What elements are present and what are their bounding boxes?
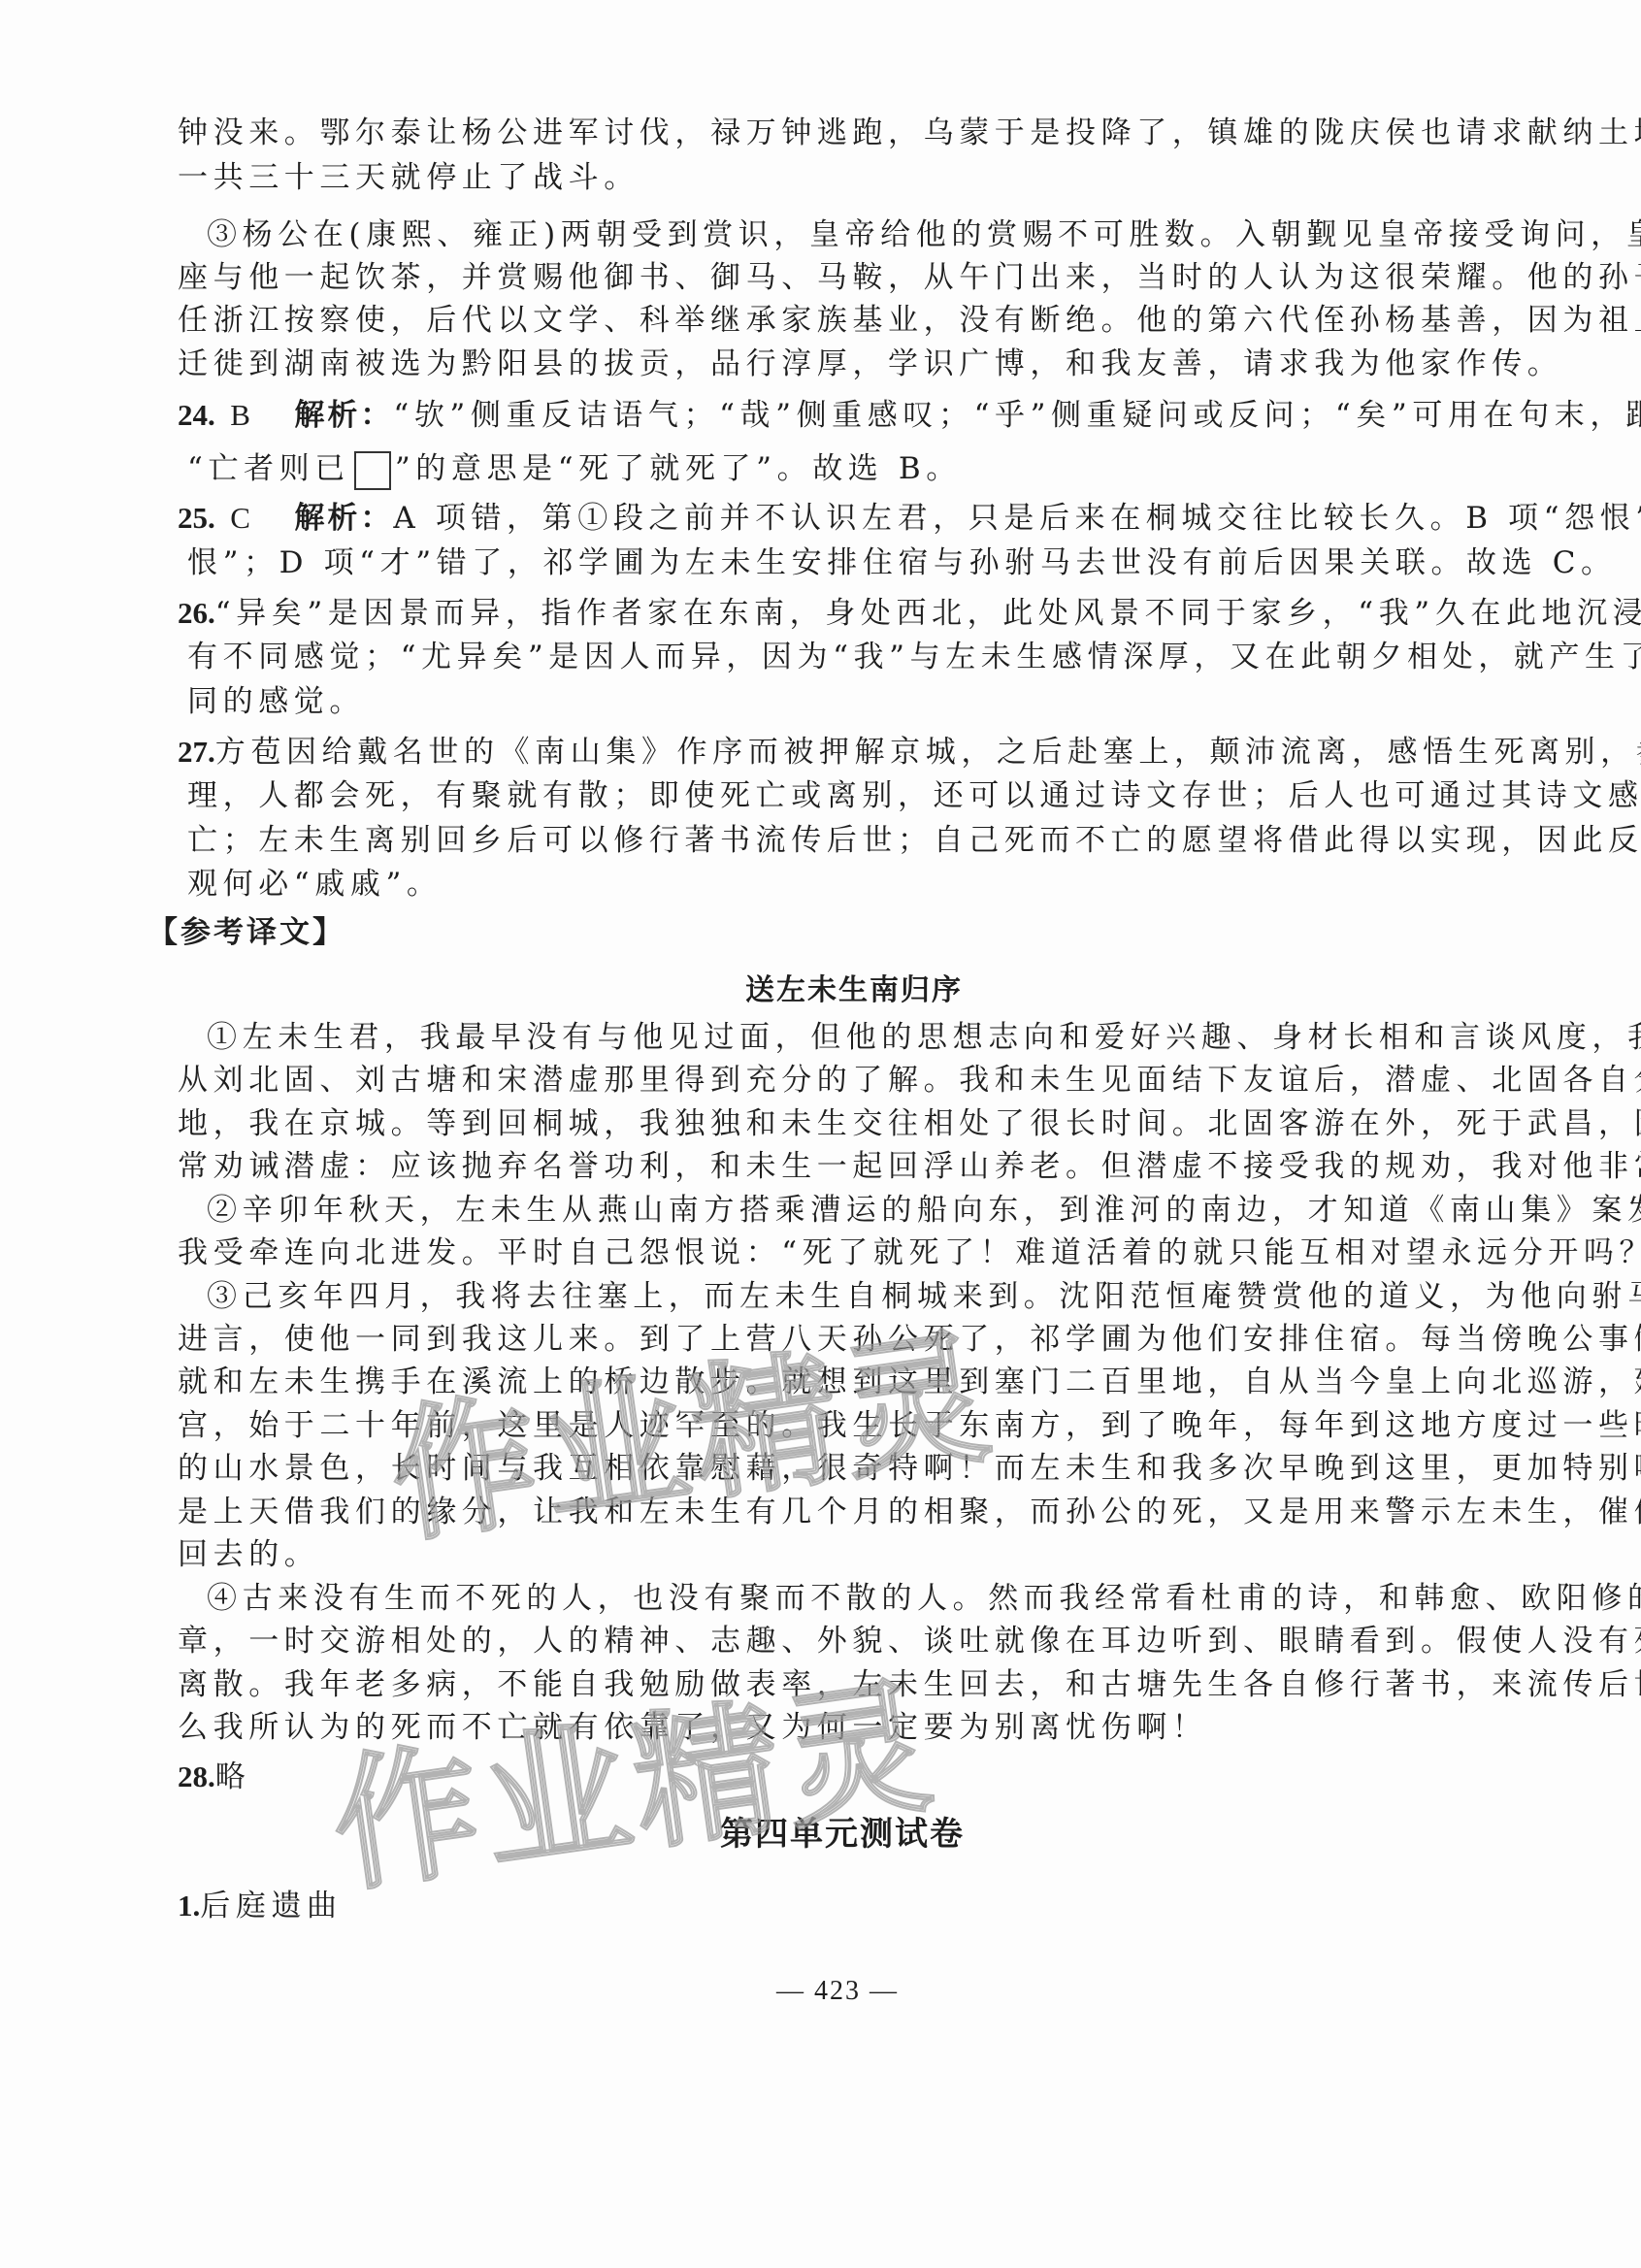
question-number: 25. [178, 501, 215, 535]
section-tag: 【参考译文】 [148, 913, 345, 952]
question-number: 24. [178, 398, 215, 432]
text-line: 一共三十三天就停止了战斗。 [178, 158, 640, 197]
answer-text: 略 [215, 1759, 251, 1794]
paragraph-line: 座与他一起饮茶，并赏赐他御书、御马、马鞍，从午门出来，当时的人认为这很荣耀。他的… [178, 258, 1641, 297]
answer-text: 方苞因给戴名世的《南山集》作序而被押解京城，之后赴塞上，颠沛流离，感悟生死离别，… [215, 735, 1641, 770]
paragraph-line: 么我所认为的死而不亡就有依靠了，又为何一定要为别离忧伤啊！ [178, 1708, 1207, 1747]
paragraph-line: ③己亥年四月，我将去往塞上，而左未生自桐城来到。沈阳范恒庵赞赏他的道义，为他向驸… [207, 1277, 1641, 1316]
answer-26: 26.“异矣”是因景而异，指作者家在东南，身处西北，此处风景不同于家乡，“我”久… [178, 594, 1641, 633]
blank-box [354, 451, 391, 490]
question-number: 1. [178, 1889, 200, 1923]
paragraph-line: 章，一时交游相处的，人的精神、志趣、外貌、谈吐就像在耳边听到、眼睛看到。假使人没… [178, 1622, 1641, 1660]
paragraph-line: 回去的。 [178, 1535, 319, 1574]
unit-question-1: 1.后庭遗曲 [178, 1887, 343, 1925]
paragraph-line: ③杨公在(康熙、雍正)两朝受到赏识，皇帝给他的赏赐不可胜数。入朝觐见皇帝接受询问… [207, 215, 1641, 254]
answer-25: 25. C 解析：A 项错，第①段之前并不认识左君，只是后来在桐城交往比较长久。… [178, 499, 1641, 538]
page-number: — 423 — [776, 1976, 899, 2007]
answer-text: 同的感觉。 [187, 682, 365, 721]
answer-24-line2: “亡者则已”的意思是“死了就死了”。故选 B。 [187, 449, 962, 490]
text-line: 钟没来。鄂尔泰让杨公进军讨伐，禄万钟逃跑，乌蒙于是投降了，镇雄的陇庆侯也请求献纳… [178, 114, 1641, 152]
answer-24: 24. B 解析：“欤”侧重反诘语气；“哉”侧重感叹；“乎”侧重疑问或反问；“矣… [178, 396, 1641, 435]
answer-text: 理，人都会死，有聚就有散；即使死亡或离别，还可以通过诗文存世；后人也可通过其诗文… [187, 776, 1641, 815]
paragraph-line: ④古来没有生而不死的人，也没有聚而不散的人。然而我经常看杜甫的诗，和韩愈、欧阳修… [207, 1579, 1641, 1618]
paragraph-line: 地，我在京城。等到回桐城，我独独和未生交往相处了很长时间。北固客游在外，死于武昌… [178, 1104, 1641, 1143]
paragraph-line: 任浙江按察使，后代以文学、科举继承家族基业，没有断绝。他的第六代侄孙杨基善，因为… [178, 301, 1641, 340]
answer-choice: C [230, 501, 250, 535]
paragraph-line: 进言，使他一同到我这儿来。到了上营八天孙公死了，祁学圃为他们安排住宿。每当傍晚公… [178, 1320, 1641, 1359]
paragraph-line: 是上天借我们的缘分，让我和左未生有几个月的相聚，而孙公的死，又是用来警示左未生，… [178, 1493, 1641, 1531]
answer-text: “异矣”是因景而异，指作者家在东南，身处西北，此处风景不同于家乡，“我”久在此地… [215, 596, 1641, 631]
paragraph-line: 从刘北固、刘古塘和宋潜虚那里得到充分的了解。我和未生见面结下友谊后，潜虚、北固各… [178, 1061, 1641, 1100]
paragraph-line: 我受牵连向北进发。平时自己怨恨说：“死了就死了！难道活着的就只能互相对望永远分开… [178, 1233, 1641, 1272]
unit-title: 第四单元测试卷 [720, 1807, 965, 1855]
translation-title: 送左未生南归序 [745, 966, 963, 1008]
paragraph-line: 迁徙到湖南被选为黔阳县的拔贡，品行淳厚，学识广博，和我友善，请求我为他家作传。 [178, 345, 1562, 383]
analysis-label: 解析： [294, 398, 393, 433]
paragraph-line: 离散。我年老多病，不能自我勉励做表率，左未生回去，和古塘先生各自修行著书，来流传… [178, 1665, 1641, 1704]
answer-text: 观何必“戚戚”。 [187, 865, 443, 904]
answer-choice: B [230, 398, 250, 432]
question-number: 28. [178, 1759, 215, 1793]
question-number: 27. [178, 735, 215, 769]
answer-text: 后庭遗曲 [200, 1889, 342, 1923]
analysis-text: “亡者则已 [187, 451, 350, 486]
paragraph-line: ②辛卯年秋天，左未生从燕山南方搭乘漕运的船向东，到淮河的南边，才知道《南山集》案… [207, 1191, 1641, 1230]
answer-25-line2: 恨”；D 项“才”错了，祁学圃为左未生安排住宿与孙驸马去世没有前后因果关联。故选… [187, 543, 1617, 582]
paragraph-line: 就和左未生携手在溪流上的桥边散步。就想到这里到塞门二百里地，自从当今皇上向北巡游… [178, 1363, 1641, 1401]
answer-27: 27.方苞因给戴名世的《南山集》作序而被押解京城，之后赴塞上，颠沛流离，感悟生死… [178, 733, 1641, 772]
answer-text: 亡；左未生离别回乡后可以修行著书流传后世；自己死而不亡的愿望将借此得以实现，因此… [187, 821, 1641, 860]
paragraph-line: ①左未生君，我最早没有与他见过面，但他的思想志向和爱好兴趣、身材长相和言谈风度，… [207, 1018, 1641, 1057]
analysis-label: 解析： [294, 501, 393, 536]
analysis-text: A 项错，第①段之前并不认识左君，只是后来在桐城交往比较长久。B 项“怨恨”应为… [393, 501, 1641, 536]
paragraph-line: 宫，始于二十年前，这里是人迹罕至的。我生长于东南方，到了晚年，每年到这地方度过一… [178, 1406, 1641, 1445]
paragraph-line: 的山水景色，长时间与我互相依靠慰藉，很奇特啊！而左未生和我多次早晚到这里，更加特… [178, 1449, 1641, 1488]
paragraph-line: 常劝诫潜虚：应该抛弃名誉功利，和未生一起回浮山养老。但潜虚不接受我的规劝，我对他… [178, 1147, 1641, 1186]
analysis-text: ”的意思是“死了就死了”。故选 B。 [395, 451, 962, 486]
answer-text: 有不同感觉；“尤异矣”是因人而异，因为“我”与左未生感情深厚，又在此朝夕相处，就… [187, 638, 1641, 676]
question-number: 26. [178, 596, 215, 630]
document-page: 钟没来。鄂尔泰让杨公进军讨伐，禄万钟逃跑，乌蒙于是投降了，镇雄的陇庆侯也请求献纳… [0, 0, 1641, 2268]
answer-28: 28.略 [178, 1758, 250, 1796]
analysis-text: “欤”侧重反诘语气；“哉”侧重感叹；“乎”侧重疑问或反问；“矣”可用在句末，跟“… [393, 398, 1641, 433]
